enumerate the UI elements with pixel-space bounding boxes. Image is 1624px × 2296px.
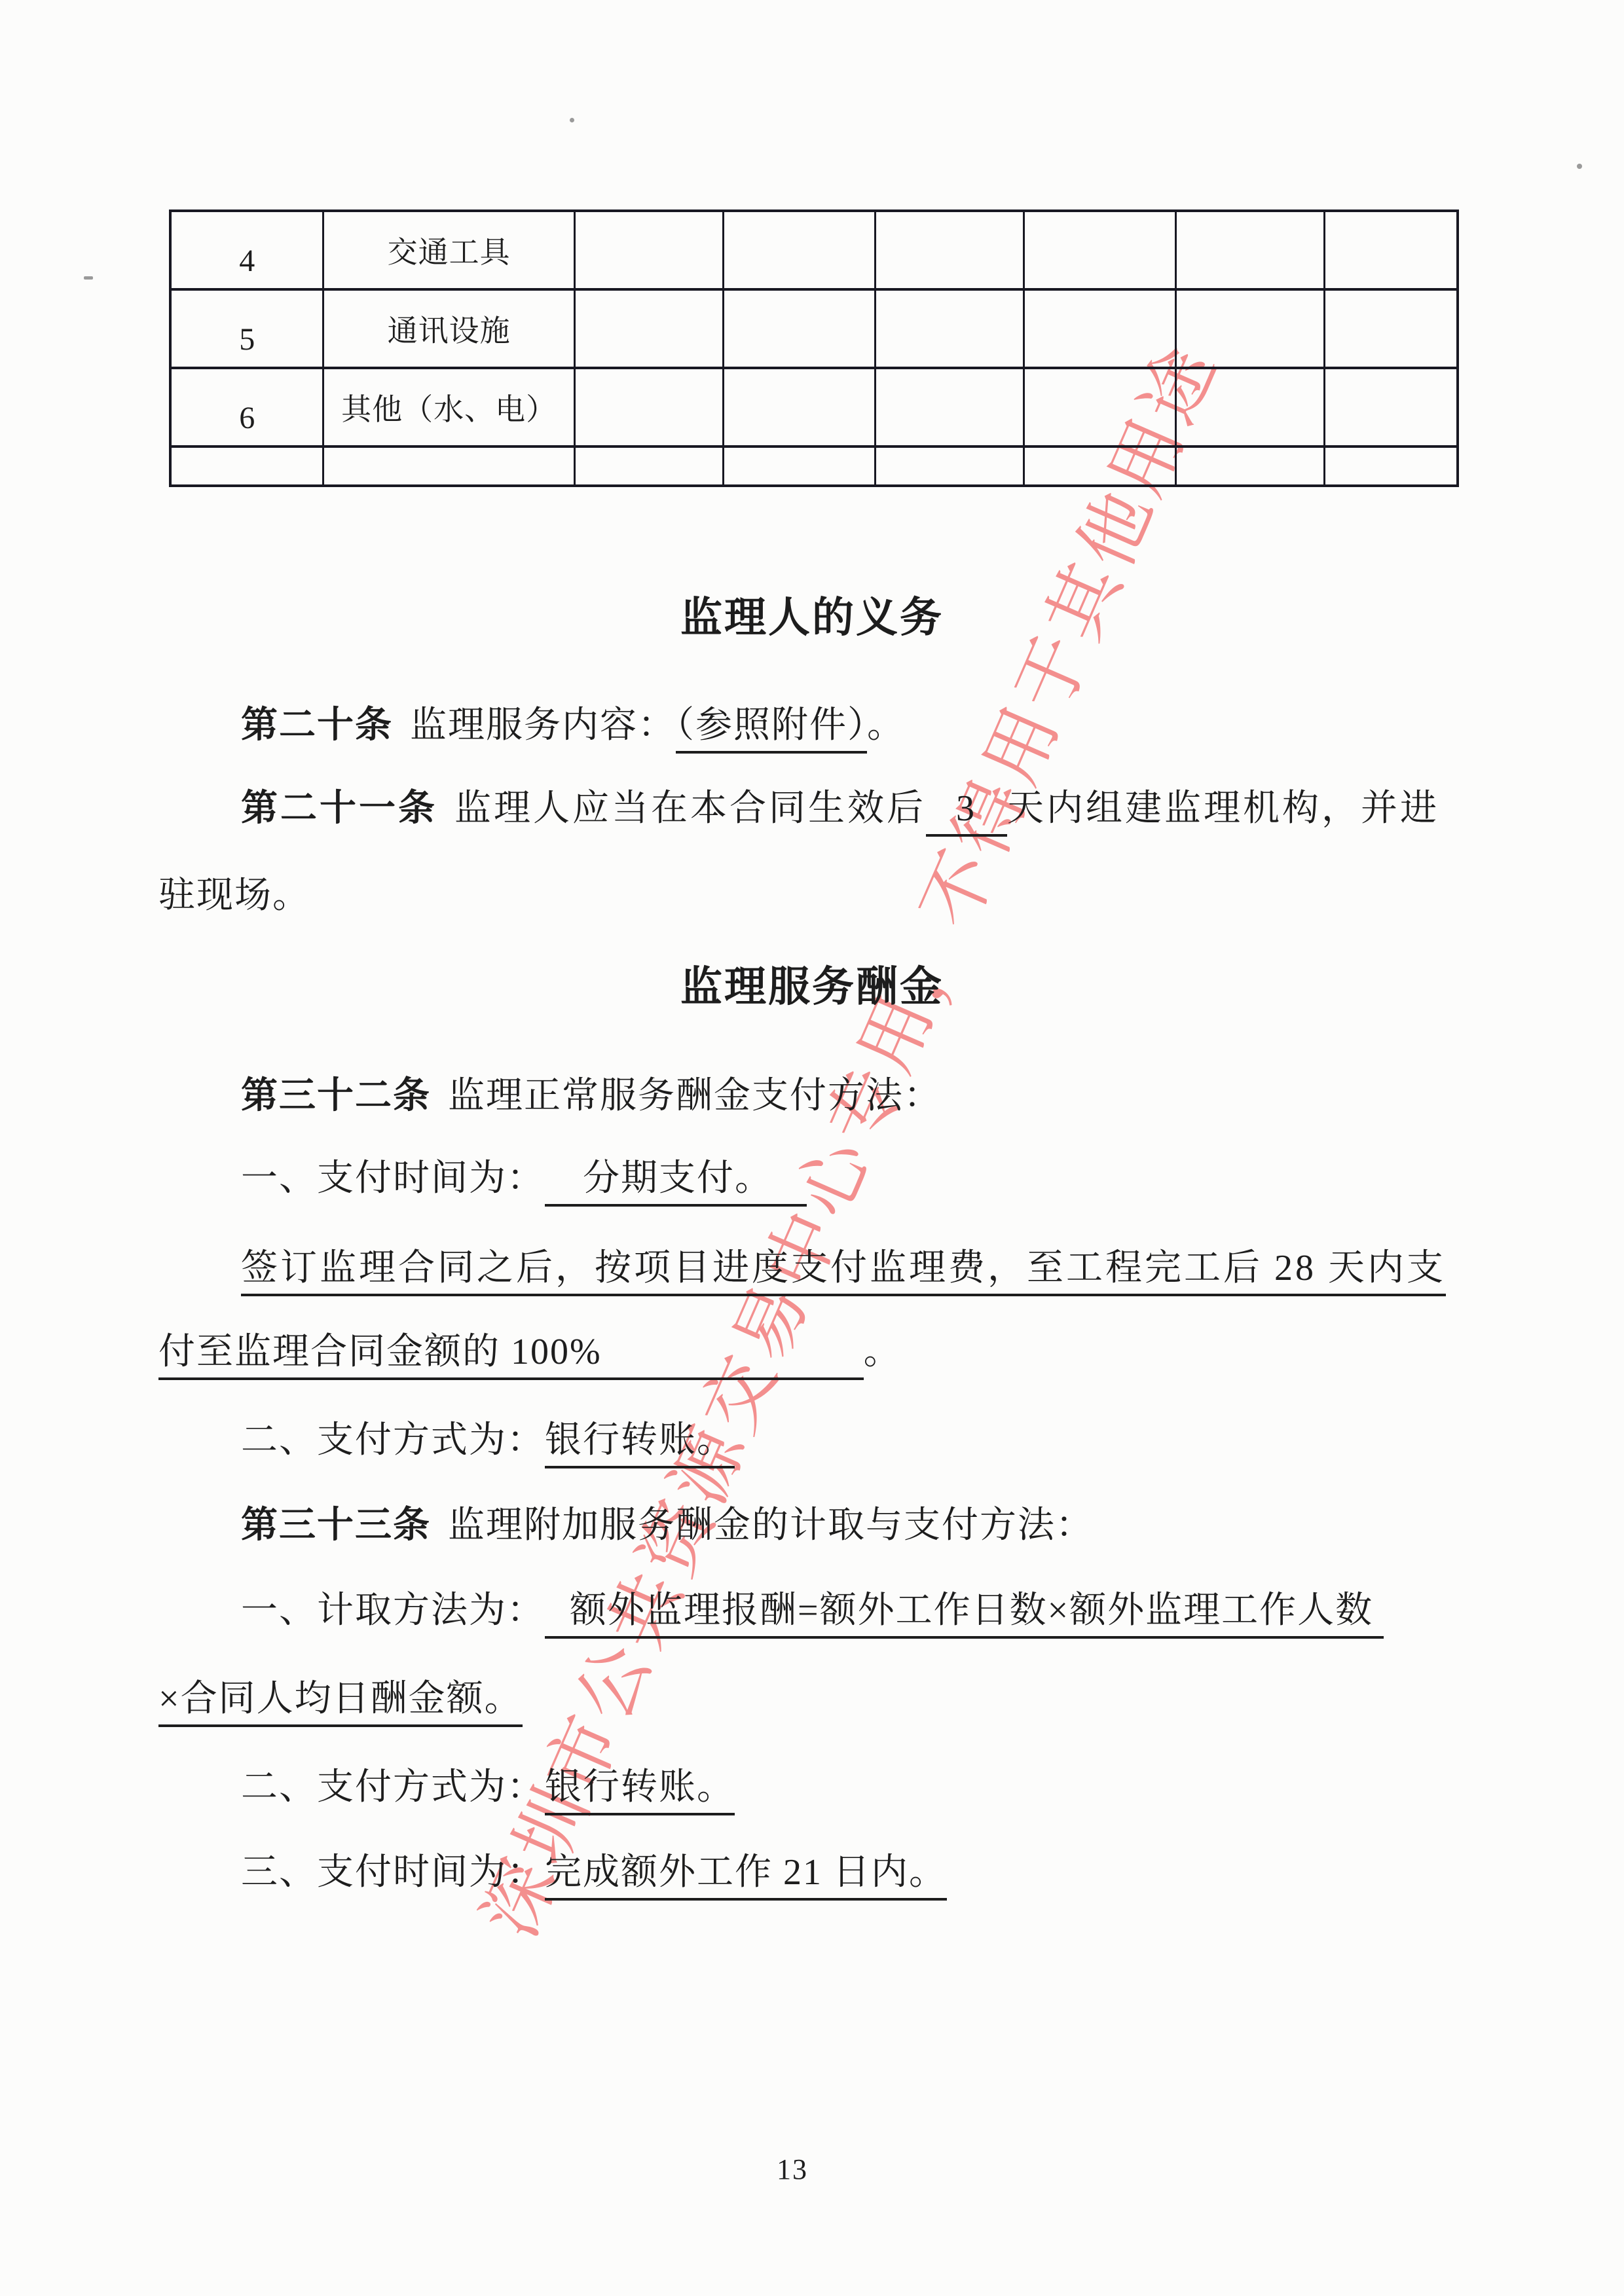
empty-cell [1324, 289, 1458, 368]
empty-cell [875, 289, 1024, 368]
item-33-calc-continuation: ×合同人均日酬金额。 [158, 1677, 1460, 1721]
para-32-underlined-line-2: 付至监理合同金额的 100%。 [158, 1330, 1460, 1374]
empty-cell [1024, 289, 1175, 368]
article-33-label: 第三十三条 [241, 1505, 431, 1546]
article-32-line: 第三十二条监理正常服务酬金支付方法： [158, 1074, 1460, 1118]
empty-cell [875, 211, 1024, 289]
article-21-continuation: 驻现场。 [158, 874, 1460, 917]
table-row-empty [170, 446, 1458, 486]
item-32-2-text: 二、支付方式为： [241, 1420, 545, 1461]
article-21-label: 第二十一条 [241, 788, 437, 829]
row-number-cell: 6 [170, 368, 323, 446]
article-20-line: 第二十条监理服务内容：（参照附件）。 [158, 704, 1460, 747]
empty-cell [723, 211, 875, 289]
item-33-2-filled-blank: 银行转账。 [545, 1767, 735, 1815]
row-label-cell: 通讯设施 [323, 289, 574, 368]
empty-cell [1024, 446, 1175, 486]
item-33-calc-method-line: 一、计取方法为：额外监理报酬=额外工作日数×额外监理工作人数 [158, 1589, 1460, 1632]
empty-cell [1175, 368, 1324, 446]
article-21-text: 监理人应当在本合同生效后 [454, 788, 926, 829]
empty-cell [723, 289, 875, 368]
empty-cell [1324, 368, 1458, 446]
item-33-3-text: 三、支付时间为： [241, 1852, 545, 1893]
row-label-cell: 交通工具 [323, 211, 574, 289]
empty-cell [170, 446, 323, 486]
article-21-line: 第二十一条监理人应当在本合同生效后3天内组建监理机构，并进 [158, 787, 1460, 830]
scan-speck [1577, 164, 1582, 169]
item-32-1-filled-blank: 分期支付。 [545, 1158, 807, 1207]
article-32-label: 第三十二条 [241, 1076, 431, 1116]
empty-cell [1024, 211, 1175, 289]
para-32-line2-period: 。 [864, 1332, 902, 1372]
empty-cell [574, 446, 723, 486]
item-32-1-text: 一、支付时间为： [241, 1158, 545, 1199]
empty-cell [1175, 289, 1324, 368]
empty-cell [1324, 446, 1458, 486]
article-33-line: 第三十三条监理附加服务酬金的计取与支付方法： [158, 1504, 1460, 1547]
para-32-line1-text: 签订监理合同之后，按项目进度支付监理费，至工程完工后 28 天内支 [241, 1248, 1446, 1296]
item-33-3-filled-blank: 完成额外工作 21 日内。 [545, 1852, 947, 1901]
table-row: 4 交通工具 [170, 211, 1458, 289]
item-33-1-cont-filled: ×合同人均日酬金额。 [158, 1679, 523, 1727]
empty-cell [323, 446, 574, 486]
item-33-1-text: 一、计取方法为： [241, 1590, 545, 1631]
empty-cell [875, 368, 1024, 446]
article-20-period: 。 [867, 705, 905, 746]
scanned-contract-page: 深圳市公共资源交易中心专用，不得用于其他用途 4 交通工具 5 通讯设施 6 其… [0, 0, 1624, 2296]
article-21-filled-blank: 3 [926, 788, 1007, 837]
row-number-cell: 5 [170, 289, 323, 368]
para-32-underlined-line-1: 签订监理合同之后，按项目进度支付监理费，至工程完工后 28 天内支 [158, 1247, 1460, 1290]
item-33-1-filled-blank: 额外监理报酬=额外工作日数×额外监理工作人数 [545, 1590, 1384, 1639]
item-32-payment-method-line: 二、支付方式为：银行转账。 [158, 1419, 1460, 1462]
empty-cell [574, 211, 723, 289]
section-heading-fee: 监理服务酬金 [0, 964, 1624, 1011]
article-33-text: 监理附加服务酬金的计取与支付方法： [448, 1505, 1094, 1546]
empty-cell [723, 368, 875, 446]
row-label-cell: 其他（水、电） [323, 368, 574, 446]
empty-cell [1324, 211, 1458, 289]
empty-cell [723, 446, 875, 486]
scan-speck [570, 118, 574, 122]
article-32-text: 监理正常服务酬金支付方法： [448, 1076, 942, 1116]
empty-cell [1024, 368, 1175, 446]
article-20-filled-blank: （参照附件） [676, 705, 867, 754]
article-20-label: 第二十条 [241, 705, 393, 746]
article-20-text: 监理服务内容： [410, 705, 676, 746]
empty-cell [875, 446, 1024, 486]
item-33-payment-time-line: 三、支付时间为：完成额外工作 21 日内。 [158, 1851, 1460, 1894]
empty-cell [1175, 446, 1324, 486]
empty-cell [574, 368, 723, 446]
page-number: 13 [0, 2153, 1585, 2187]
item-33-2-text: 二、支付方式为： [241, 1767, 545, 1808]
article-21-cont-text: 驻现场。 [158, 875, 310, 916]
scan-speck [84, 276, 93, 280]
row-number-cell: 4 [170, 211, 323, 289]
item-33-payment-method-line: 二、支付方式为：银行转账。 [158, 1766, 1460, 1809]
article-21-text-after: 天内组建监理机构，并进 [1007, 788, 1439, 829]
item-32-payment-time-line: 一、支付时间为：分期支付。 [158, 1157, 1460, 1200]
empty-cell [574, 289, 723, 368]
table-row: 6 其他（水、电） [170, 368, 1458, 446]
item-32-2-filled-blank: 银行转账。 [545, 1420, 735, 1468]
empty-cell [1175, 211, 1324, 289]
para-32-line2-filled-blank: 付至监理合同金额的 100% [158, 1332, 864, 1380]
section-heading-duties: 监理人的义务 [0, 594, 1624, 642]
table-row: 5 通讯设施 [170, 289, 1458, 368]
facilities-table: 4 交通工具 5 通讯设施 6 其他（水、电） [169, 210, 1459, 487]
